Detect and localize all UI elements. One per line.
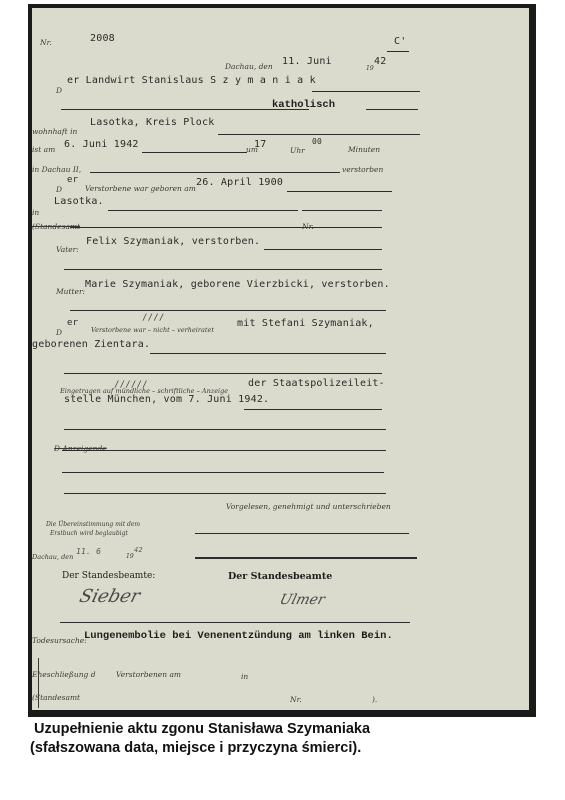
born-place-line — [108, 210, 298, 211]
cause-top-line — [60, 622, 410, 623]
religion-value: katholisch — [272, 99, 335, 111]
document-scan-frame: Nr. 2008 C' Dachau, den 11. Juni 19 42 D… — [28, 4, 536, 717]
corner-underline — [387, 51, 409, 52]
year-value: 42 — [374, 56, 386, 67]
conformity-line-1: Die Übereinstimmung mit dem — [46, 521, 140, 528]
signature-line-1 — [195, 533, 409, 534]
cert-year: 42 — [134, 546, 143, 554]
entered-line — [244, 409, 382, 410]
married-strike: //// — [142, 313, 164, 323]
death-date-label: ist am — [32, 145, 55, 154]
mother-value: Marie Szymaniak, geborene Vierzbicki, ve… — [85, 279, 390, 290]
father-line-2 — [64, 269, 382, 270]
caption-line-2: (sfałszowana data, miejsce i przyczyna ś… — [30, 739, 370, 758]
registrar-left-label: Der Standesbeamte: — [62, 571, 155, 581]
footer-registry-label: (Standesamt — [32, 693, 80, 702]
footer-nr-label: Nr. — [290, 695, 302, 704]
marriage-label: Eheschließung d — [32, 670, 96, 679]
residence-line — [218, 134, 420, 135]
mother-label: Mutter: — [56, 287, 85, 296]
born-prefix: D — [56, 185, 62, 194]
died-label: verstorben — [342, 165, 383, 174]
death-place-line — [90, 172, 340, 173]
signature-right: Ulmer — [278, 592, 327, 608]
death-date-line — [142, 152, 247, 153]
religion-line — [366, 109, 418, 110]
informant-line-2 — [62, 472, 384, 473]
cause-value: Lungenembolie bei Venenentzündung am lin… — [84, 630, 393, 642]
born-place: Lasotka. — [54, 196, 104, 207]
cert-year-prefix: 19 — [126, 553, 134, 560]
minutes-label: Minuten — [348, 145, 380, 154]
entered-value-2: stelle München, vom 7. Juni 1942. — [64, 394, 269, 405]
born-label: Verstorbene war geboren am — [85, 184, 196, 193]
entered-value: der Staatspolizeileit- — [248, 378, 385, 389]
caption-line-1: Uzupełnienie aktu zgonu Stanisława Szyma… — [30, 720, 370, 739]
death-date-value: 6. Juni 1942 — [64, 139, 139, 150]
nr-label: Nr. — [40, 38, 52, 47]
informant-label: D Anzeigende — [54, 444, 107, 453]
married-label: Verstorbene war – nicht – verheiratet — [91, 326, 214, 334]
signature-left: Sieber — [77, 586, 142, 607]
spouse-line — [150, 353, 386, 354]
married-prefix: D — [56, 328, 62, 337]
registrar-right-label: Der Standesbeamte — [228, 571, 332, 582]
spouse-value: mit Stefani Szymaniak, — [237, 318, 374, 329]
year-prefix: 19 — [366, 65, 374, 72]
married-article: er — [67, 318, 78, 328]
born-date: 26. April 1900 — [196, 177, 283, 188]
cert-place-label: Dachau, den — [32, 553, 73, 561]
mother-line — [70, 310, 386, 311]
born-date-line — [287, 191, 392, 192]
father-value: Felix Szymaniak, verstorben. — [86, 236, 260, 247]
residence-label: wohnhaft in — [32, 127, 77, 136]
informant-line-3 — [64, 493, 386, 494]
death-certificate: Nr. 2008 C' Dachau, den 11. Juni 19 42 D… — [32, 8, 529, 710]
place-label: Dachau, den — [225, 62, 273, 71]
minutes-value: 00 — [312, 137, 322, 146]
hour-value: 17 — [254, 139, 266, 150]
photo-caption: Uzupełnienie aktu zgonu Stanisława Szyma… — [30, 720, 370, 758]
registry-nr-label: Nr. — [302, 222, 314, 231]
cause-label: Todesursache: — [32, 636, 87, 645]
father-label: Vater: — [56, 245, 79, 254]
read-approved-label: Vorgelesen, genehmigt und unterschrieben — [226, 502, 391, 511]
residence-value: Lasotka, Kreis Plock — [90, 117, 214, 128]
deceased-name: er Landwirt Stanislaus S z y m a n i a k — [67, 75, 316, 86]
cert-date: 11. 6 — [76, 547, 101, 556]
spouse-value-2: geborenen Zientara. — [32, 339, 150, 350]
nr-value: 2008 — [90, 33, 115, 44]
entered-strike: ////// — [114, 380, 148, 390]
corner-mark: C' — [394, 36, 406, 47]
deceased-prefix: D — [56, 86, 62, 95]
informant-line — [62, 450, 386, 451]
born-in-label: in — [32, 208, 39, 217]
spouse-line-2 — [64, 373, 382, 374]
born-place-line-2 — [302, 210, 382, 211]
registry-line — [70, 227, 382, 228]
born-article: er — [67, 175, 78, 185]
entered-line-2 — [64, 429, 386, 430]
marriage-in-label: in — [241, 672, 248, 681]
father-line — [264, 249, 382, 250]
name-line — [312, 91, 420, 92]
conformity-line-2: Erstbuch wird beglaubigt — [50, 530, 128, 537]
uhr-label: Uhr — [290, 146, 305, 155]
death-place-label: in Dachau II, — [32, 165, 81, 174]
date-value: 11. Juni — [282, 56, 332, 67]
signature-line-2 — [195, 557, 417, 559]
footer-close: ). — [372, 695, 377, 704]
marriage-deceased-label: Verstorbenen am — [116, 670, 181, 679]
